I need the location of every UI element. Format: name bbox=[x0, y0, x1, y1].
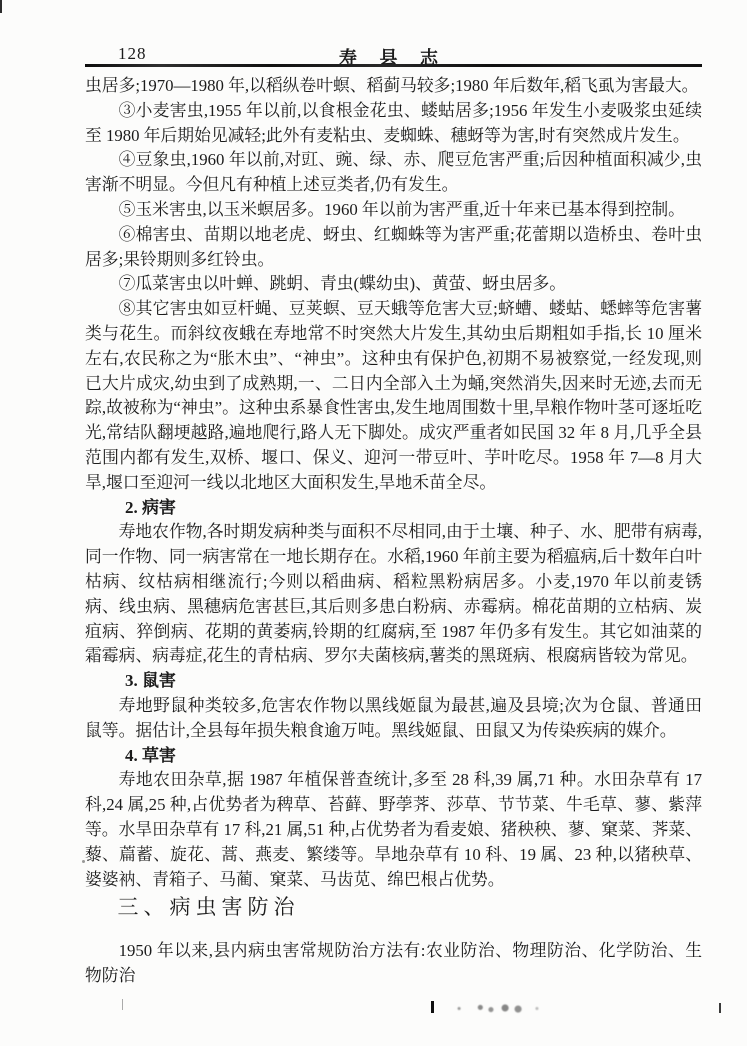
paragraph-wheat-pests: ③小麦害虫,1955 年以前,以食根金花虫、蝼蛄居多;1956 年发生小麦吸浆虫… bbox=[85, 99, 702, 149]
paragraph-pest-control-intro: 1950 年以来,县内病虫害常规防治方法有:农业防治、物理防治、化学防治、生物防… bbox=[85, 939, 702, 989]
paragraph-plant-diseases: 寿地农作物,各时期发病种类与面积不尽相同,由于土壤、种子、水、肥带有病毒,同一作… bbox=[85, 520, 702, 669]
subheading-plant-diseases: 2. 病害 bbox=[85, 496, 702, 521]
scan-artifact-footer-smudge bbox=[452, 1003, 570, 1014]
paragraph-corn-pests: ⑤玉米害虫,以玉米螟居多。1960 年以前为害严重,近十年来已基本得到控制。 bbox=[85, 198, 702, 223]
scan-artifact-top-left bbox=[0, 0, 2, 13]
paragraph-melon-vegetable-pests: ⑦瓜菜害虫以叶蝉、跳蚏、青虫(蝶幼虫)、黄萤、蚜虫居多。 bbox=[85, 272, 702, 297]
subheading-weed-damage: 4. 草害 bbox=[85, 744, 702, 769]
subheading-rodent-damage: 3. 鼠害 bbox=[85, 669, 702, 694]
scan-artifact-footer-tick-left bbox=[122, 999, 123, 1010]
paragraph-rodent-damage: 寿地野鼠种类较多,危害农作物以黑线姬鼠为最甚,遍及县境;次为仓鼠、普通田鼠等。据… bbox=[85, 694, 702, 744]
header-rule bbox=[85, 64, 702, 67]
body-text: 虫居多;1970—1980 年,以稻纵卷叶螟、稻蓟马较多;1980 年后数年,稻… bbox=[85, 74, 702, 989]
paragraph-weed-damage: 寿地农田杂草,据 1987 年植保普查统计,多至 28 科,39 属,71 种。… bbox=[85, 768, 702, 892]
paragraph-bean-weevil: ④豆象虫,1960 年以前,对豇、豌、绿、赤、爬豆危害严重;后因种植面积减少,虫… bbox=[85, 148, 702, 198]
scan-artifact-dot bbox=[82, 860, 85, 863]
scanned-page: 128 寿 县 志 虫居多;1970—1980 年,以稻纵卷叶螟、稻蓟马较多;1… bbox=[0, 0, 747, 1046]
paragraph-other-pests: ⑧其它害虫如豆杆蝇、豆荚螟、豆天蛾等危害大豆;蛴螬、蝼蛄、蟋蟀等危害薯类与花生。… bbox=[85, 297, 702, 495]
scan-artifact-footer-bar bbox=[431, 1001, 434, 1013]
scan-artifact-footer-tick-right bbox=[719, 1003, 721, 1013]
page-header: 128 寿 县 志 bbox=[85, 44, 701, 66]
paragraph-continuation: 虫居多;1970—1980 年,以稻纵卷叶螟、稻蓟马较多;1980 年后数年,稻… bbox=[85, 74, 702, 99]
paragraph-cotton-pests: ⑥棉害虫、苗期以地老虎、蚜虫、红蜘蛛等为害严重;花蕾期以造桥虫、卷叶虫居多;果铃… bbox=[85, 223, 702, 273]
chapter-heading-pest-control: 三、病虫害防治 bbox=[85, 892, 702, 922]
